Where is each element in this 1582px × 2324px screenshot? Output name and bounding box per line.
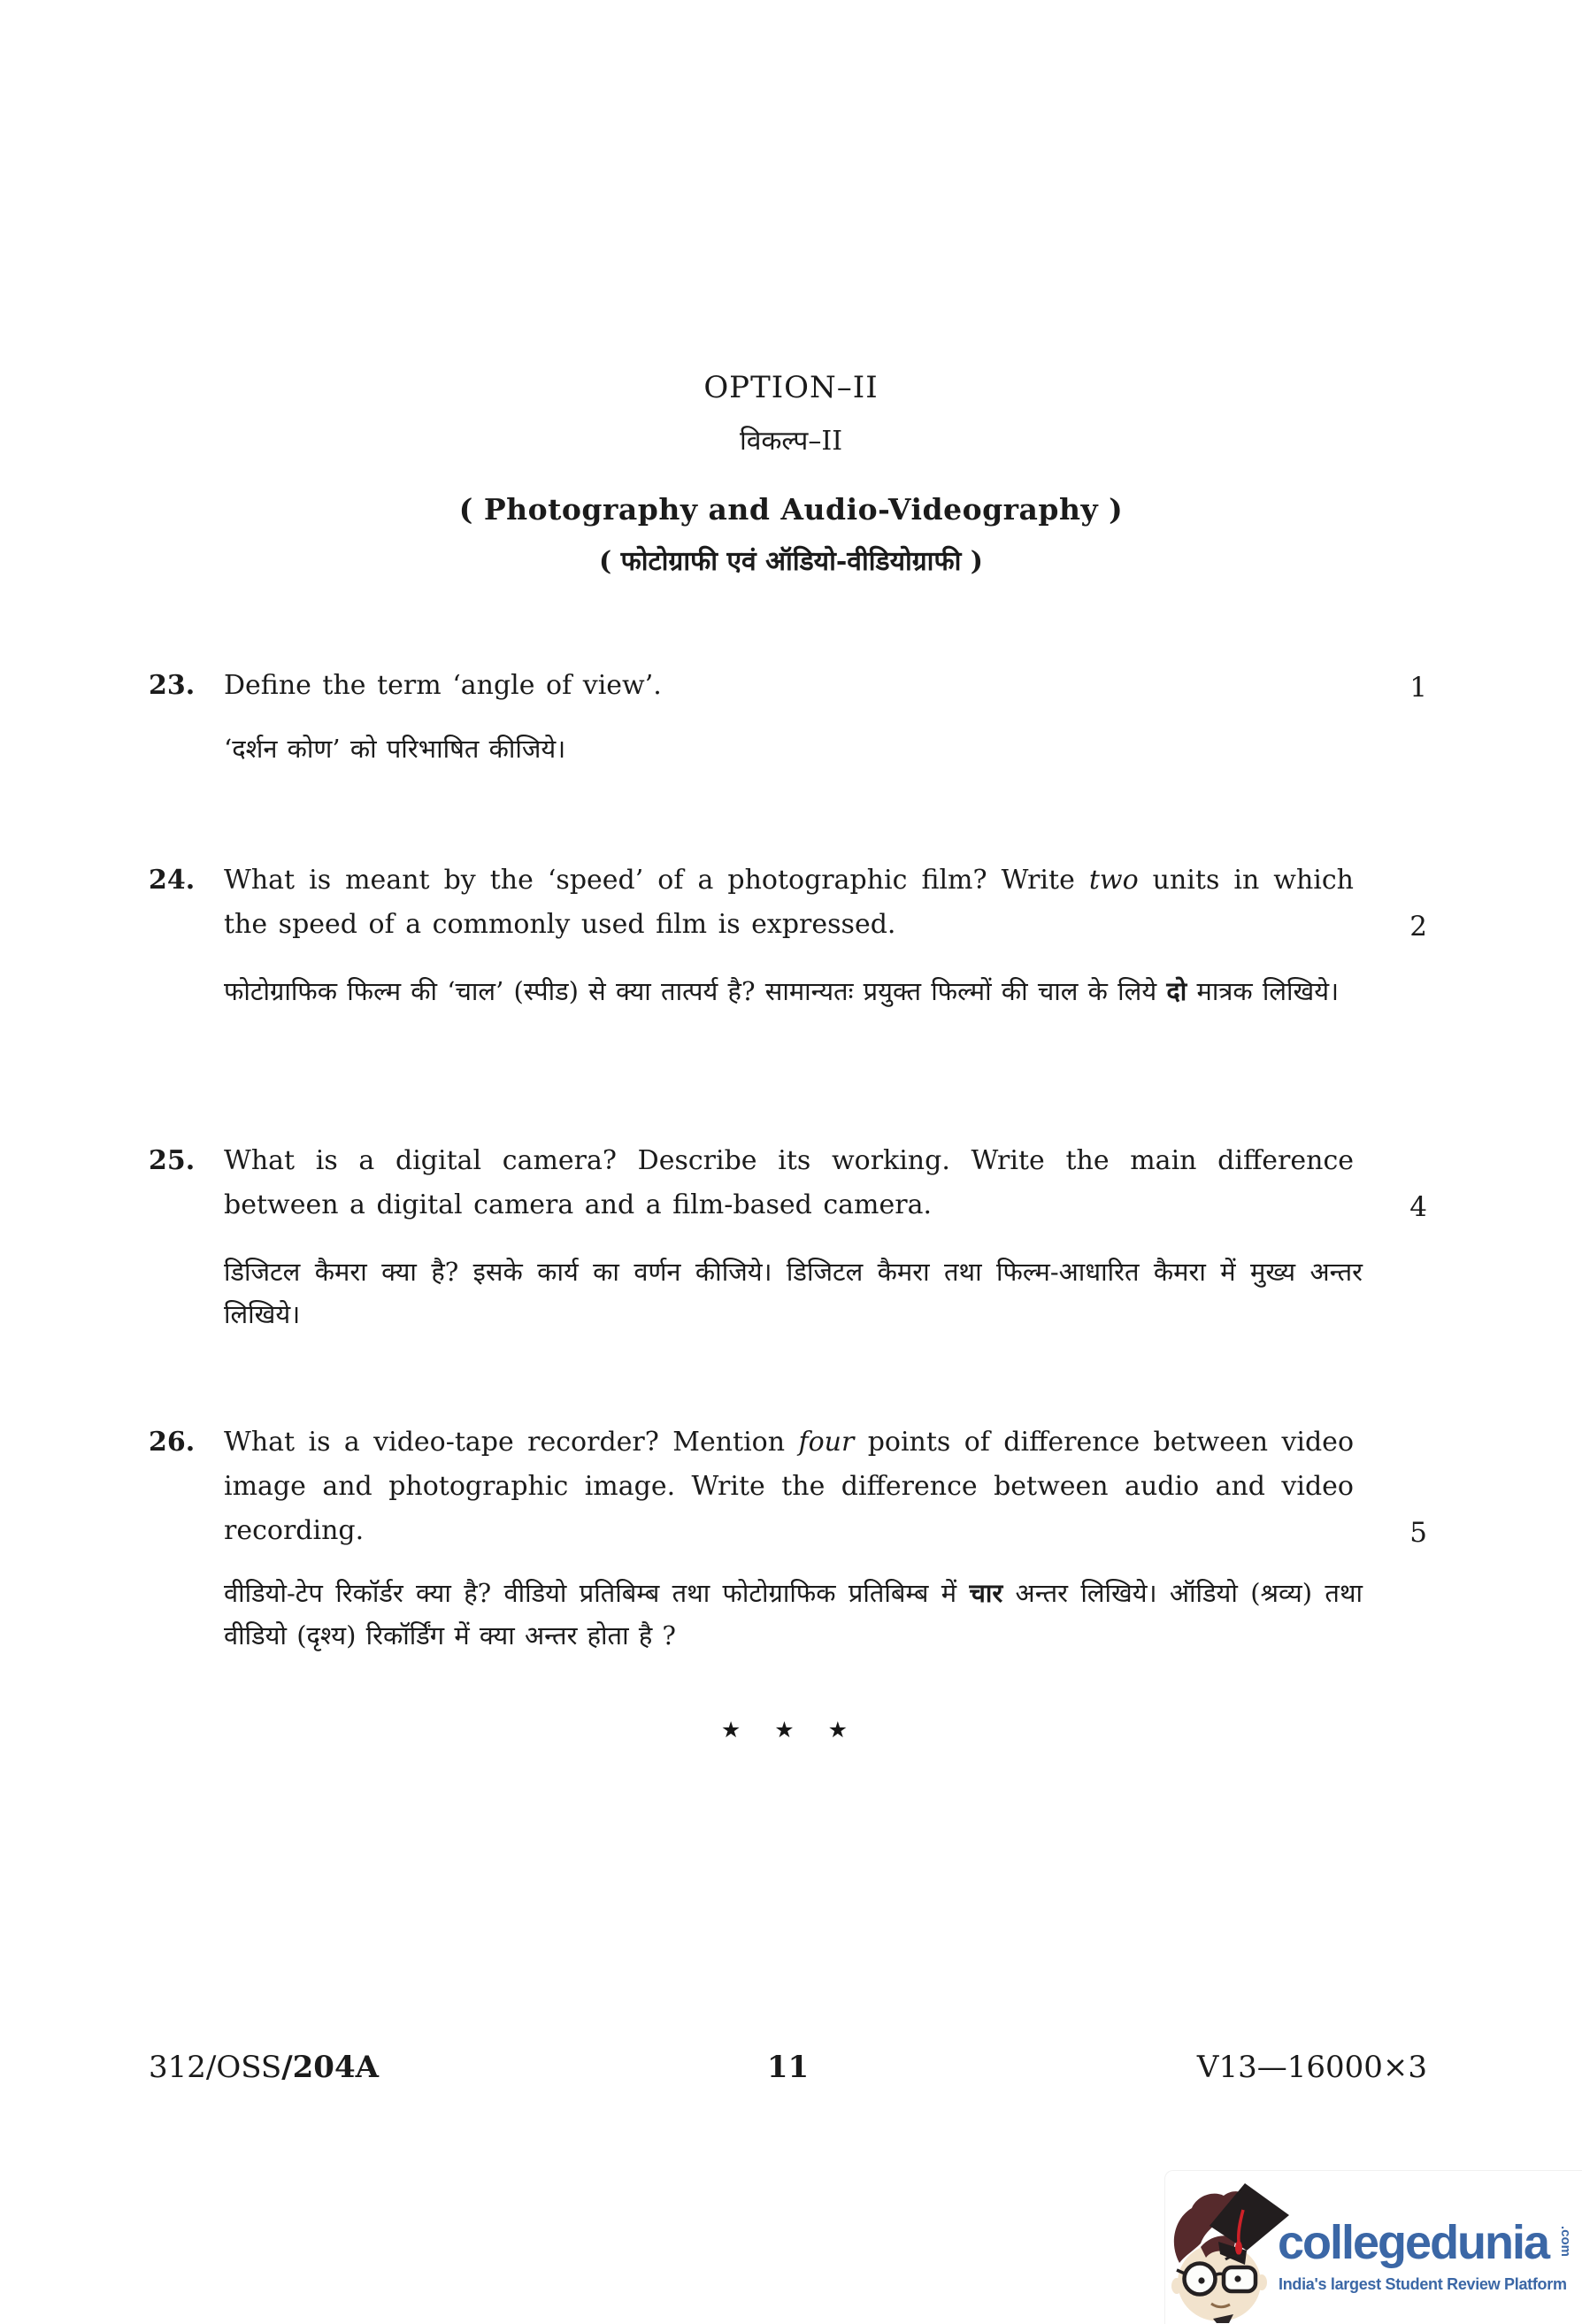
collegedunia-tagline: India's largest Student Review Platform [1279, 2275, 1567, 2294]
exam-paper-page: { "header": { "option_title_en": "OPTION… [0, 0, 1582, 2324]
question-24: 24. What is meant by the ‘speed’ of a ph… [149, 858, 1427, 1012]
question-text-hindi: वीडियो-टेप रिकॉर्डर क्या है? वीडियो प्रत… [224, 1572, 1363, 1657]
paper-code: 312/OSS/204A [149, 2050, 575, 2085]
print-run-code: V13—16000×3 [1001, 2050, 1427, 2085]
question-english-block: Define the term ‘angle of view’. 1 [224, 664, 1427, 708]
question-number: 23. [149, 664, 195, 708]
collegedunia-wordmark[interactable]: collegedunia [1278, 2219, 1548, 2266]
marks-value: 5 [1409, 1520, 1427, 1547]
marks-value: 2 [1409, 913, 1427, 941]
subject-title-english: ( Photography and Audio-Videography ) [0, 492, 1582, 527]
collegedunia-logo[interactable]: collegedunia .com India's largest Studen… [1164, 2170, 1582, 2324]
subject-title-hindi: ( फोटोग्राफी एवं ऑडियो-वीडियोग्राफी ) [0, 542, 1582, 578]
question-english-block: What is meant by the ‘speed’ of a photog… [224, 858, 1427, 947]
question-25: 25. What is a digital camera? Describe i… [149, 1139, 1427, 1335]
question-text-english: What is a video-tape recorder? Mention f… [224, 1420, 1354, 1553]
question-english-block: What is a digital camera? Describe its w… [224, 1139, 1427, 1227]
question-text-hindi: ‘दर्शन कोण’ को परिभाषित कीजिये। [224, 727, 1363, 770]
graduate-student-icon [1167, 2174, 1295, 2323]
question-text-english: What is a digital camera? Describe its w… [224, 1139, 1354, 1227]
question-text-hindi: डिजिटल कैमरा क्या है? इसके कार्य का वर्ण… [224, 1250, 1363, 1335]
section-end-stars: ★ ★ ★ [0, 1717, 1582, 1743]
page-footer: 312/OSS/204A 11 V13—16000×3 [149, 2050, 1427, 2085]
question-number: 26. [149, 1420, 195, 1465]
option-title-english: OPTION–II [0, 370, 1582, 405]
question-text-hindi: फोटोग्राफिक फिल्म की ‘चाल’ (स्पीड) से क्… [224, 970, 1363, 1012]
option-title-hindi: विकल्प–II [0, 421, 1582, 458]
page-number: 11 [575, 2050, 1002, 2085]
question-text-english: Define the term ‘angle of view’. [224, 664, 1354, 708]
marks-value: 1 [1409, 674, 1427, 702]
marks-value: 4 [1409, 1194, 1427, 1221]
question-text-english: What is meant by the ‘speed’ of a photog… [224, 858, 1354, 947]
question-number: 24. [149, 858, 195, 903]
question-english-block: What is a video-tape recorder? Mention f… [224, 1420, 1427, 1553]
collegedunia-tld: .com [1558, 2226, 1573, 2257]
question-23: 23. Define the term ‘angle of view’. 1 ‘… [149, 664, 1427, 770]
question-26: 26. What is a video-tape recorder? Menti… [149, 1420, 1427, 1657]
question-number: 25. [149, 1139, 195, 1183]
